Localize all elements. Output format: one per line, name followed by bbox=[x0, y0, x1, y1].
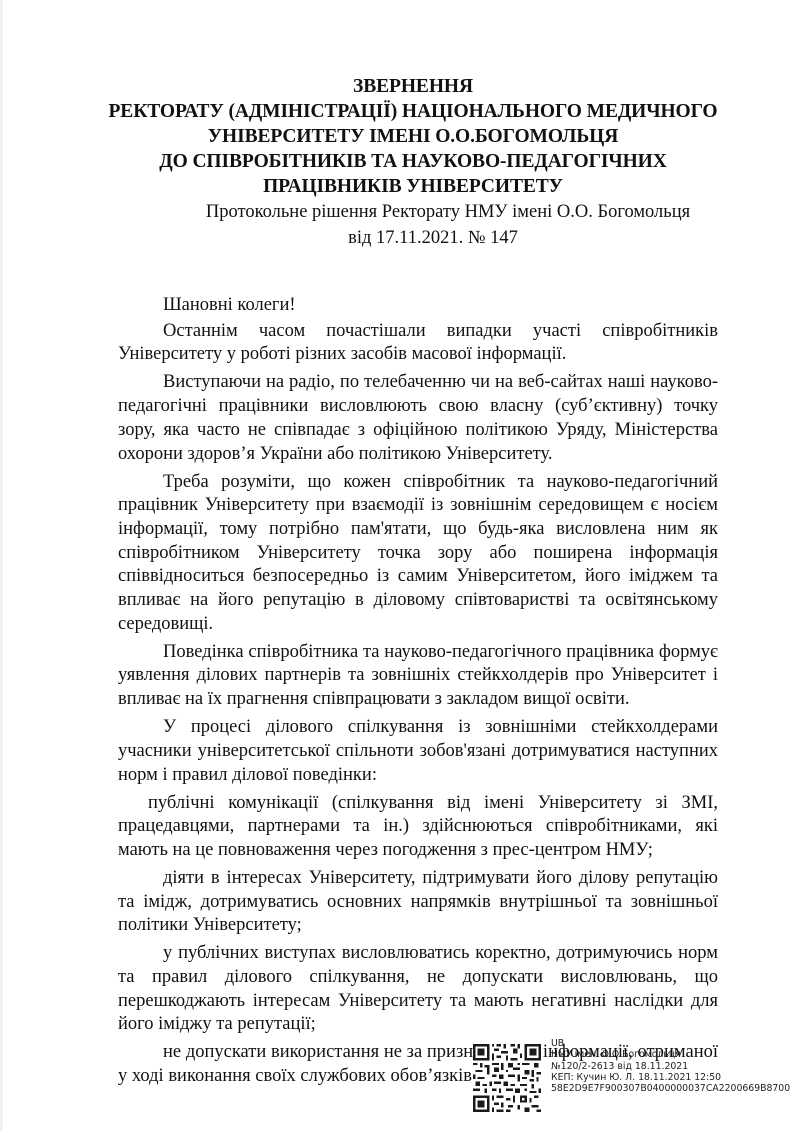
title-line-5: ПРАЦІВНИКІВ УНІВЕРСИТЕТУ bbox=[103, 174, 723, 199]
paragraph-1: Останнім часом почастішали випадки участ… bbox=[118, 320, 718, 367]
decision-date-number: від 17.11.2021. № 147 bbox=[143, 225, 723, 251]
paragraph-3: Треба розуміти, що кожен співробітник та… bbox=[118, 471, 718, 637]
document-body: Шановні колеги! Останнім часом почастіша… bbox=[118, 294, 718, 1093]
stamp-signer: КЕП: Кучин Ю. Л. 18.11.2021 12:50 bbox=[551, 1072, 790, 1083]
rule-item-3: у публічних виступах висловлюватись коре… bbox=[118, 942, 718, 1037]
stamp-certificate-id: 58E2D9E7F900307B0400000037CA2200669B8700 bbox=[551, 1083, 790, 1094]
title-line-1: ЗВЕРНЕННЯ bbox=[103, 74, 723, 99]
decision-reference: Протокольне рішення Ректорату НМУ імені … bbox=[173, 199, 723, 225]
title-line-4: ДО СПІВРОБІТНИКІВ ТА НАУКОВО-ПЕДАГОГІЧНИ… bbox=[103, 149, 723, 174]
signature-details: UB НМУ імені О.О.Богомольця №120/2-2613 … bbox=[551, 1038, 790, 1094]
stamp-code: UB bbox=[551, 1038, 790, 1049]
document-page: ЗВЕРНЕННЯ РЕКТОРАТУ (АДМІНІСТРАЦІЇ) НАЦІ… bbox=[0, 0, 800, 1131]
title-line-2: РЕКТОРАТУ (АДМІНІСТРАЦІЇ) НАЦІОНАЛЬНОГО … bbox=[103, 99, 723, 124]
paragraph-2: Виступаючи на радіо, по телебаченню чи н… bbox=[118, 371, 718, 466]
title-line-3: УНІВЕРСИТЕТУ ІМЕНІ О.О.БОГОМОЛЬЦЯ bbox=[103, 124, 723, 149]
stamp-registration-number: №120/2-2613 від 18.11.2021 bbox=[551, 1061, 790, 1072]
qr-code-icon bbox=[473, 1044, 541, 1112]
rule-item-1: публічні комунікації (спілкування від ім… bbox=[118, 792, 718, 863]
electronic-signature-stamp: UB НМУ імені О.О.Богомольця №120/2-2613 … bbox=[473, 1038, 798, 1122]
stamp-organization: НМУ імені О.О.Богомольця bbox=[551, 1049, 790, 1060]
greeting: Шановні колеги! bbox=[118, 294, 718, 318]
paragraph-4: Поведінка співробітника та науково-педаг… bbox=[118, 641, 718, 712]
document-header: ЗВЕРНЕННЯ РЕКТОРАТУ (АДМІНІСТРАЦІЇ) НАЦІ… bbox=[103, 74, 723, 251]
rule-item-2: діяти в інтересах Університету, підтриму… bbox=[118, 867, 718, 938]
paragraph-5: У процесі ділового спілкування із зовніш… bbox=[118, 716, 718, 787]
